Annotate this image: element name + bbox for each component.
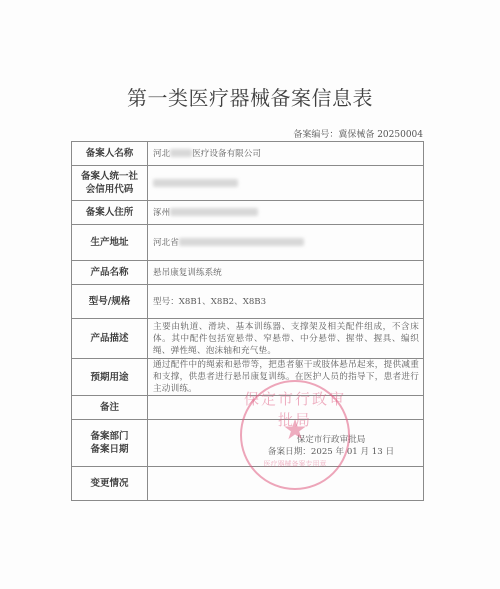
row-value-production-address: 河北省 — [148, 225, 424, 261]
table-row-remarks: 备注 — [72, 396, 424, 420]
row-label: 备案部门 备案日期 — [72, 420, 148, 467]
row-value-product-description: 主要由轨道、滑块、基本训练器、支撑架及相关配件组成，不含床体。其中配件包括宽悬带… — [148, 319, 424, 359]
row-label: 变更情况 — [72, 467, 148, 501]
table-row-model-spec: 型号/规格 型号：X8B1、X8B2、X8B3 — [72, 285, 424, 319]
row-label: 生产地址 — [72, 225, 148, 261]
table-row-filer-address: 备案人住所 涿州 — [72, 201, 424, 225]
table-row-product-name: 产品名称 悬吊康复训练系统 — [72, 261, 424, 285]
table-row-filer-name: 备案人名称 河北医疗设备有限公司 — [72, 142, 424, 166]
redacted-text — [179, 238, 304, 246]
table-row-product-description: 产品描述 主要由轨道、滑块、基本训练器、支撑架及相关配件组成，不含床体。其中配件… — [72, 319, 424, 359]
table-row-department-date: 备案部门 备案日期 保定市行政审批局 备案日期：2025 年 01 月 13 日 — [72, 420, 424, 467]
row-label: 备注 — [72, 396, 148, 420]
redacted-text — [153, 179, 238, 187]
redacted-text — [170, 149, 192, 157]
row-value-filer-name: 河北医疗设备有限公司 — [148, 142, 424, 166]
filing-department: 保定市行政审批局 — [243, 434, 419, 446]
row-value-change-status — [148, 467, 424, 501]
table-row-intended-use: 预期用途 通过配件中的绳索和悬带等，把患者躯干或肢体悬吊起来，提供减重和支撑，供… — [72, 359, 424, 396]
row-label: 备案人统一社会信用代码 — [72, 166, 148, 201]
redacted-text — [170, 208, 258, 216]
filing-date: 备案日期：2025 年 01 月 13 日 — [243, 446, 419, 458]
record-number: 备案编号：冀保械备 20250004 — [293, 127, 423, 140]
document-title: 第一类医疗器械备案信息表 — [0, 82, 500, 111]
row-value-model-spec: 型号：X8B1、X8B2、X8B3 — [148, 285, 424, 319]
document-page: 第一类医疗器械备案信息表 备案编号：冀保械备 20250004 备案人名称 河北… — [0, 0, 500, 589]
row-value-credit-code — [148, 166, 424, 201]
table-row-production-address: 生产地址 河北省 — [72, 225, 424, 261]
table-row-credit-code: 备案人统一社会信用代码 — [72, 166, 424, 201]
record-number-label: 备案编号： — [293, 130, 338, 140]
row-value-product-name: 悬吊康复训练系统 — [148, 261, 424, 285]
record-number-value: 冀保械备 20250004 — [338, 130, 423, 140]
row-value-intended-use: 通过配件中的绳索和悬带等，把患者躯干或肢体悬吊起来，提供减重和支撑，供患者进行悬… — [148, 359, 424, 396]
row-label: 备案人住所 — [72, 201, 148, 225]
row-label: 型号/规格 — [72, 285, 148, 319]
table-row-change-status: 变更情况 — [72, 467, 424, 501]
row-label: 产品描述 — [72, 319, 148, 359]
row-label: 产品名称 — [72, 261, 148, 285]
row-label: 备案人名称 — [72, 142, 148, 166]
row-value-filer-address: 涿州 — [148, 201, 424, 225]
row-label: 预期用途 — [72, 359, 148, 396]
row-value-remarks — [148, 396, 424, 420]
filing-info-table: 备案人名称 河北医疗设备有限公司 备案人统一社会信用代码 备案人住所 涿州 生产… — [71, 141, 424, 501]
row-value-department-date: 保定市行政审批局 备案日期：2025 年 01 月 13 日 — [148, 420, 424, 467]
